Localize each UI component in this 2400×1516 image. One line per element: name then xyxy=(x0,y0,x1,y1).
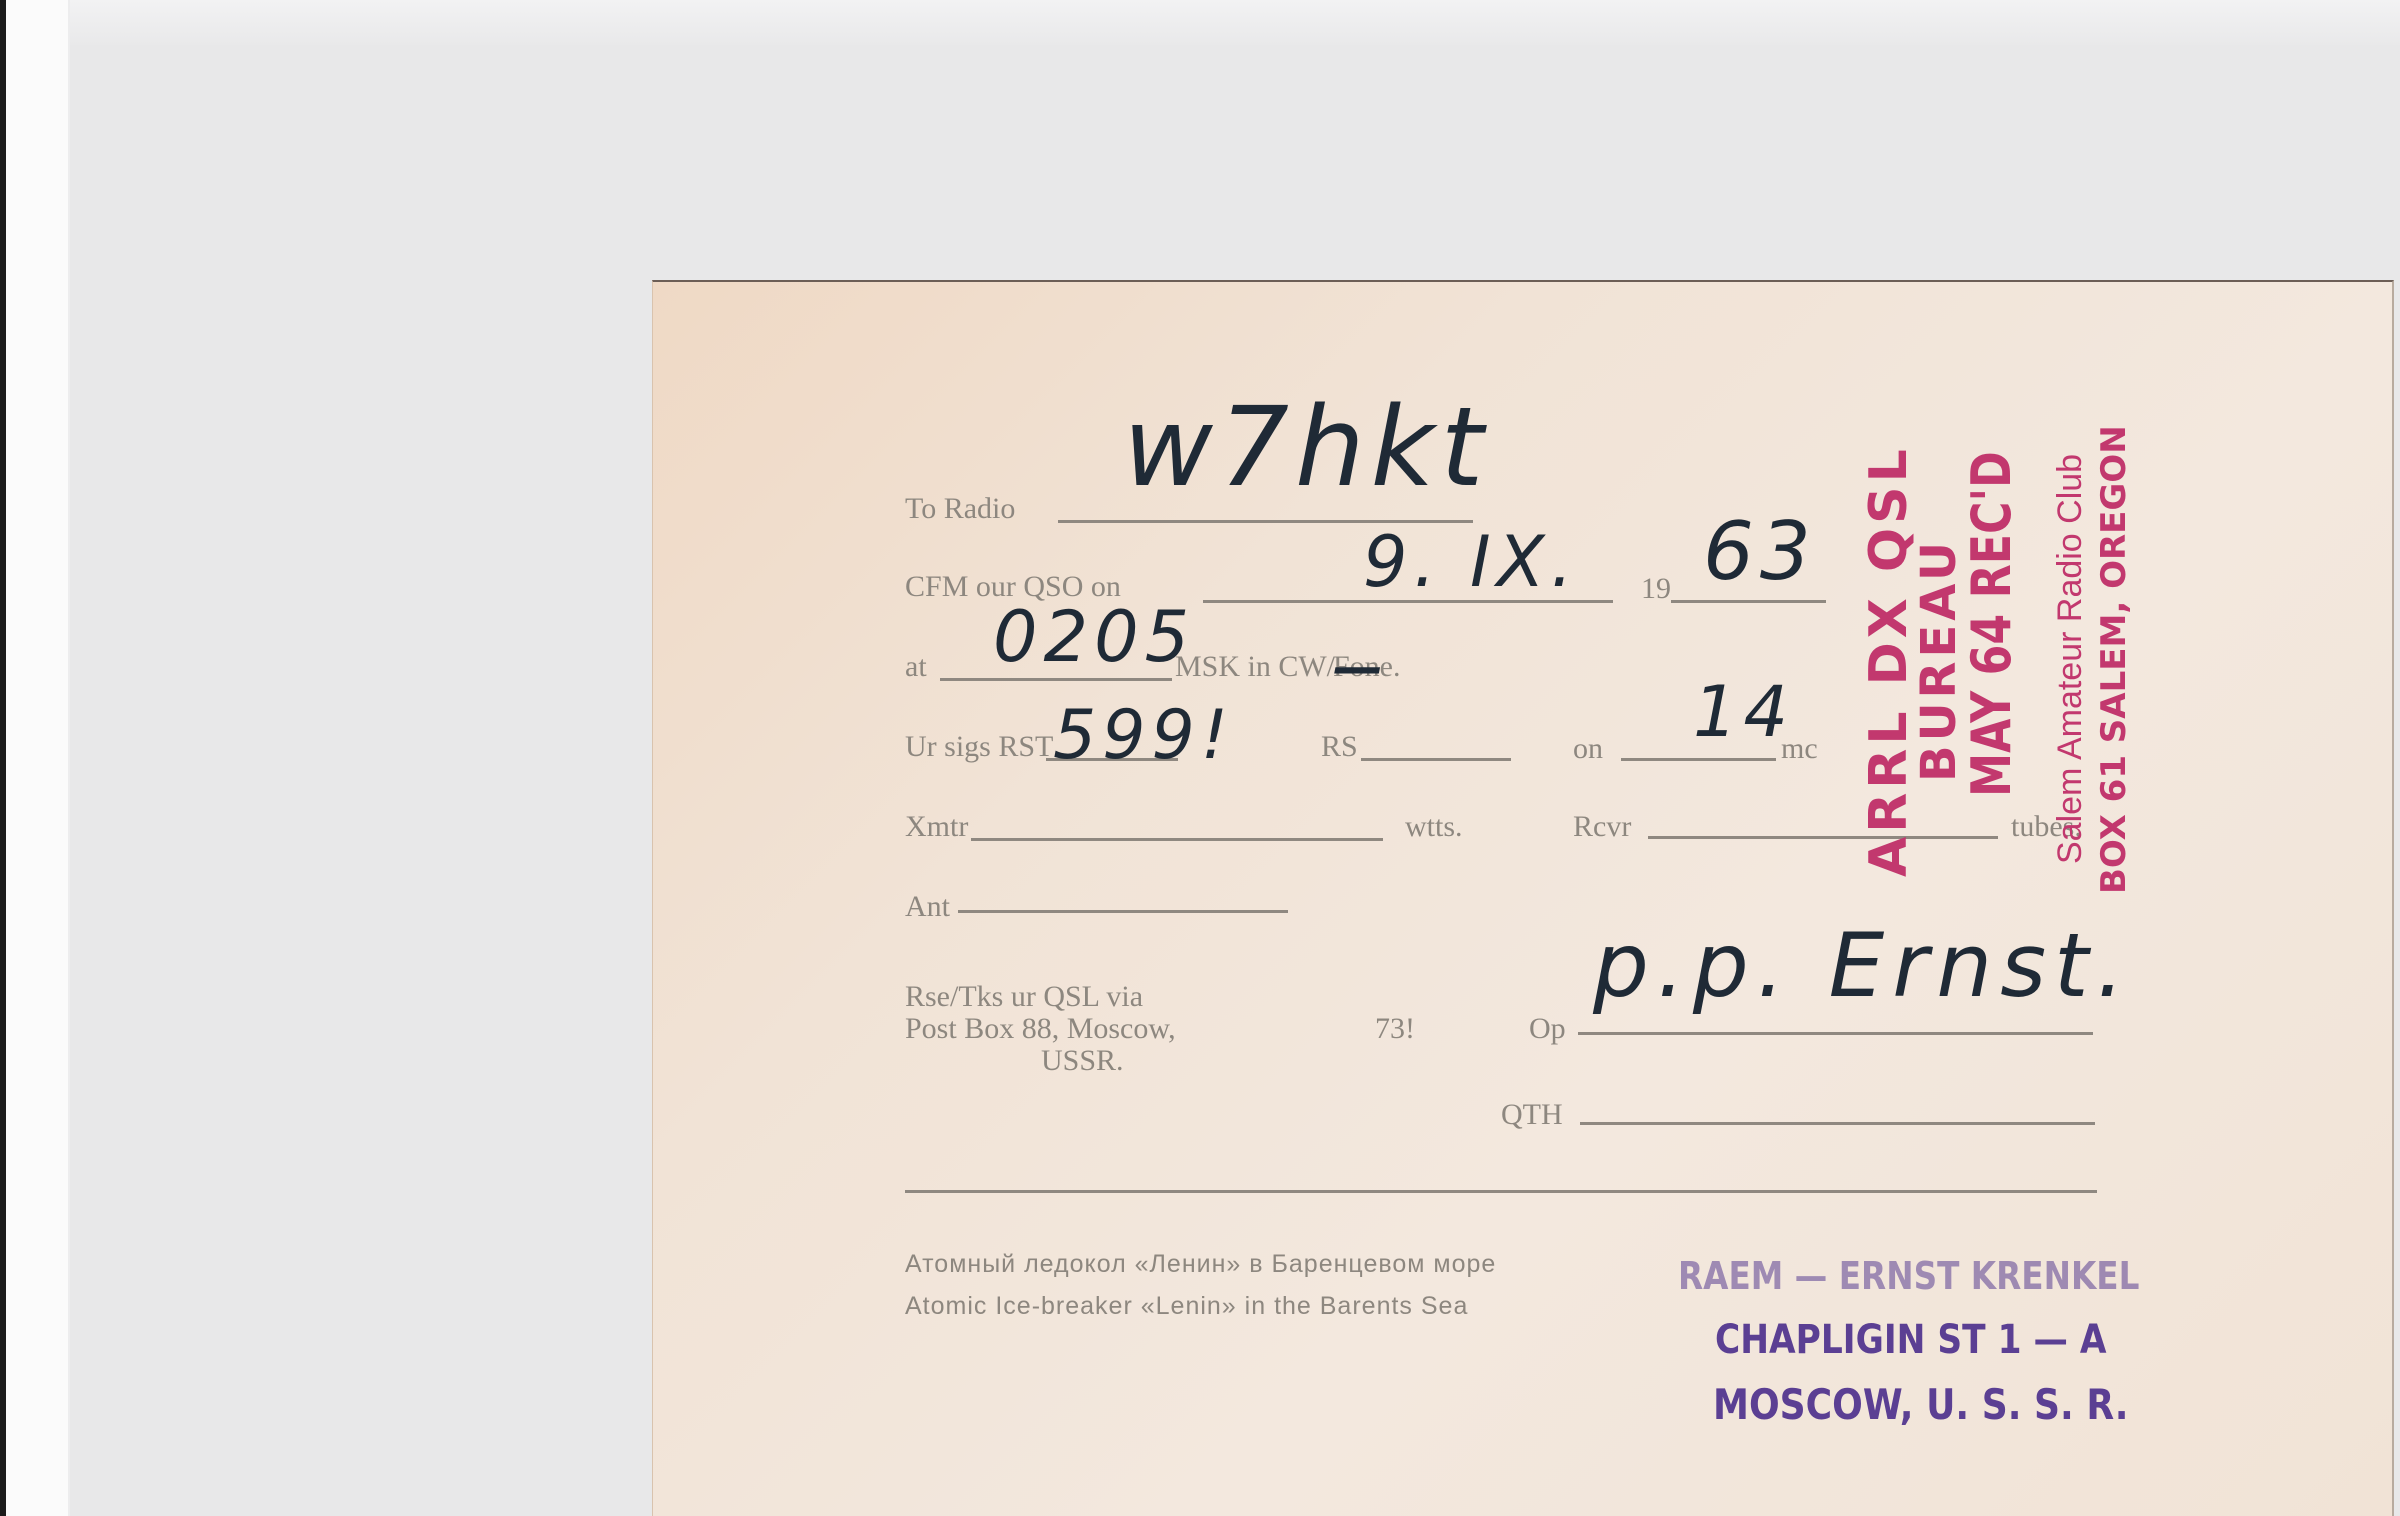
stamp-club-address: BOX 61 SALEM, OREGON xyxy=(2097,425,2131,894)
handwritten-rst: 599! xyxy=(1053,702,1234,770)
stamp-sender-line1: RAEM — ERNST KRENKEL xyxy=(1678,1257,2139,1295)
to-radio-label: To Radio xyxy=(905,494,1015,524)
handwritten-date: 9. IX. xyxy=(1363,527,1579,597)
stamp-club-name: Salem Amateur Radio Club xyxy=(2053,454,2087,864)
scanner-left-strip xyxy=(0,0,70,1516)
qth-label: QTH xyxy=(1501,1100,1563,1130)
rcvr-line xyxy=(1648,836,1998,839)
on-label: on xyxy=(1573,734,1603,764)
caption-russian: Атомный ледокол «Ленин» в Баренцевом мор… xyxy=(905,1252,1496,1277)
mc-label: mc xyxy=(1781,734,1818,764)
rs-line xyxy=(1361,758,1511,761)
stamp-arrl-bureau-line1: ARRL DX QSL xyxy=(1863,445,1915,877)
time-line xyxy=(940,678,1172,681)
fone-strikethrough: — xyxy=(1333,642,1389,692)
xmtr-line xyxy=(971,838,1383,841)
rcvr-label: Rcvr xyxy=(1573,812,1631,842)
qsl-card: To Radio w7hkt CFM our QSO on 19 9. IX. … xyxy=(652,280,2394,1516)
qsl-via-line2: Post Box 88, Moscow, xyxy=(905,1014,1176,1044)
qsl-via-line3: USSR. xyxy=(1041,1046,1124,1076)
at-label: at xyxy=(905,652,927,682)
qsl-via-line1: Rse/Tks ur QSL via xyxy=(905,982,1143,1012)
rs-label: RS xyxy=(1321,732,1358,762)
year-line xyxy=(1671,600,1826,603)
stamp-sender-line2: CHAPLIGIN ST 1 — A xyxy=(1715,1320,2107,1360)
rst-label: Ur sigs RST xyxy=(905,732,1053,762)
xmtr-label: Xmtr xyxy=(905,812,968,842)
scanner-edge xyxy=(0,0,6,1516)
stamp-received-date: MAY 64 REC'D xyxy=(1965,451,2019,797)
ant-line xyxy=(958,910,1288,913)
op-line xyxy=(1578,1032,2093,1035)
caption-english: Atomic Ice-breaker «Lenin» in the Barent… xyxy=(905,1294,1468,1319)
stamp-sender-line3: MOSCOW, U. S. S. R. xyxy=(1713,1384,2129,1426)
band-line xyxy=(1621,758,1776,761)
year-prefix-label: 19 xyxy=(1641,574,1671,604)
regards-73: 73! xyxy=(1375,1014,1415,1044)
handwritten-callsign: w7hkt xyxy=(1123,392,1490,502)
wtts-label: wtts. xyxy=(1405,812,1463,842)
handwritten-year: 63 xyxy=(1703,512,1817,592)
ant-label: Ant xyxy=(905,892,950,922)
msk-label: MSK in CW/ xyxy=(1175,652,1335,682)
handwritten-time: 0205 xyxy=(993,602,1195,672)
op-label: Op xyxy=(1529,1014,1566,1044)
qth-line xyxy=(1580,1122,2095,1125)
scanner-glare xyxy=(70,0,2400,45)
stamp-arrl-bureau-line2: BUREAU xyxy=(1915,538,1963,782)
handwritten-band: 14 xyxy=(1693,677,1794,747)
bottom-rule xyxy=(905,1190,2097,1193)
operator-signature: p.p. Ernst. xyxy=(1593,922,2133,1010)
